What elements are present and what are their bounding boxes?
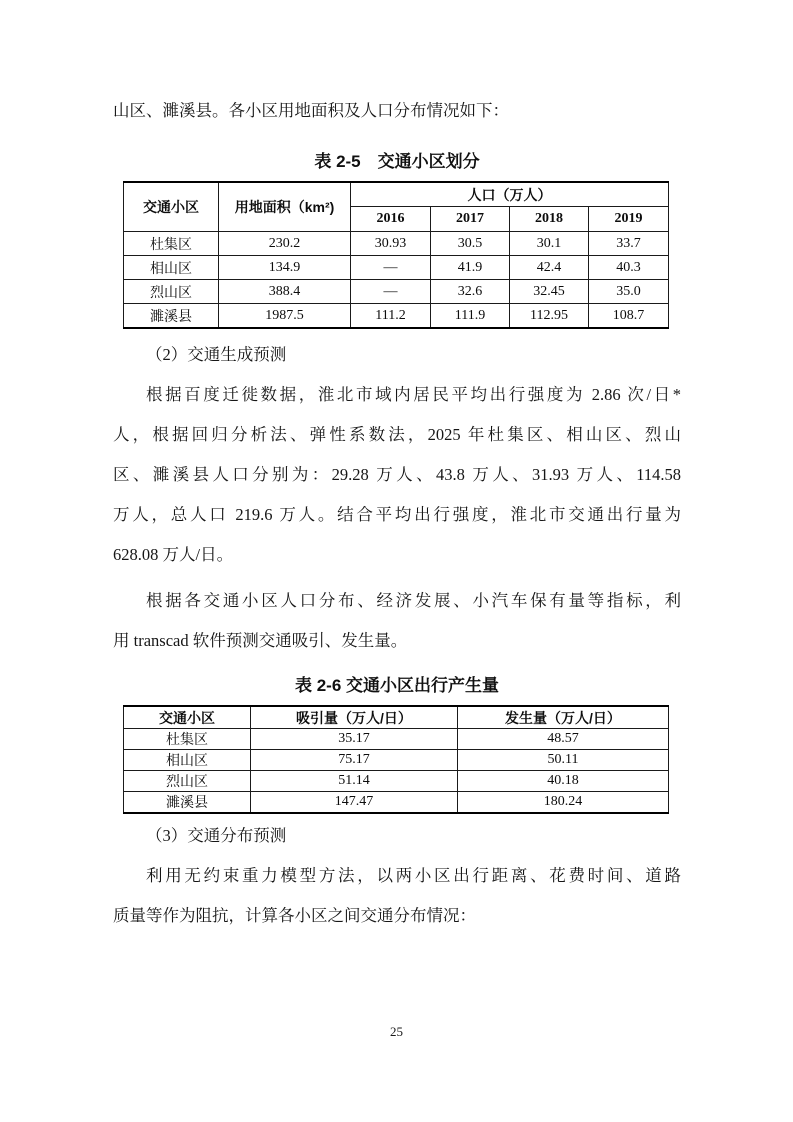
table2-cell-zone: 濉溪县 bbox=[124, 792, 251, 814]
page-number: 25 bbox=[0, 1025, 793, 1039]
table1-cell-pop: 33.7 bbox=[589, 232, 669, 256]
table1-cell-area: 134.9 bbox=[219, 256, 351, 280]
table2-header-generate: 发生量（万人/日） bbox=[458, 706, 669, 729]
page-content: 山区、濉溪县。各小区用地面积及人口分布情况如下： 表 2-5 交通小区划分 交通… bbox=[0, 0, 793, 936]
table2-header-zone: 交通小区 bbox=[124, 706, 251, 729]
document-page: 山区、濉溪县。各小区用地面积及人口分布情况如下： 表 2-5 交通小区划分 交通… bbox=[0, 0, 793, 1122]
table1-cell-zone: 烈山区 bbox=[124, 280, 219, 304]
table2-cell-generate: 50.11 bbox=[458, 750, 669, 771]
table1-cell-zone: 濉溪县 bbox=[124, 304, 219, 329]
table1-cell-area: 1987.5 bbox=[219, 304, 351, 329]
table1-cell-pop: 42.4 bbox=[510, 256, 589, 280]
paragraph-line: 利用无约束重力模型方法，以两小区出行距离、花费时间、道路 bbox=[113, 856, 681, 896]
paragraph-line: 万人，总人口 219.6 万人。结合平均出行强度，淮北市交通出行量为 bbox=[113, 495, 681, 535]
paragraph-line: 根据百度迁徙数据，淮北市域内居民平均出行强度为 2.86 次/日* bbox=[113, 375, 681, 415]
table1-header-year: 2018 bbox=[510, 207, 589, 232]
section2-heading: （2）交通生成预测 bbox=[113, 335, 681, 375]
table1-cell-pop: — bbox=[351, 280, 431, 304]
table1-header-zone: 交通小区 bbox=[124, 182, 219, 232]
table1-cell-pop: 112.95 bbox=[510, 304, 589, 329]
paragraph-line: 人，根据回归分析法、弹性系数法，2025 年杜集区、相山区、烈山 bbox=[113, 415, 681, 455]
table2-row: 杜集区 35.17 48.57 bbox=[124, 729, 669, 750]
table2-caption: 表 2-6 交通小区出行产生量 bbox=[113, 677, 681, 695]
table2-cell-generate: 48.57 bbox=[458, 729, 669, 750]
paragraph-line: 质量等作为阻抗，计算各小区之间交通分布情况： bbox=[113, 896, 681, 936]
table1-cell-pop: 40.3 bbox=[589, 256, 669, 280]
table2-cell-attract: 51.14 bbox=[251, 771, 458, 792]
paragraph-line: 用 transcad 软件预测交通吸引、发生量。 bbox=[113, 621, 681, 661]
table1-caption: 表 2-5 交通小区划分 bbox=[113, 152, 681, 172]
table1-cell-pop: 30.5 bbox=[431, 232, 510, 256]
table2-cell-attract: 147.47 bbox=[251, 792, 458, 814]
table2-cell-zone: 杜集区 bbox=[124, 729, 251, 750]
table1-cell-pop: 41.9 bbox=[431, 256, 510, 280]
table-traffic-zone-division: 交通小区 用地面积（km²) 人口（万人） 2016 2017 2018 201… bbox=[123, 181, 669, 329]
table1-row: 杜集区 230.2 30.93 30.5 30.1 33.7 bbox=[124, 232, 669, 256]
table1-row: 濉溪县 1987.5 111.2 111.9 112.95 108.7 bbox=[124, 304, 669, 329]
section3-heading: （3）交通分布预测 bbox=[113, 816, 681, 856]
table1-header-year: 2016 bbox=[351, 207, 431, 232]
table2-row: 相山区 75.17 50.11 bbox=[124, 750, 669, 771]
table1-cell-pop: 35.0 bbox=[589, 280, 669, 304]
table2-row: 濉溪县 147.47 180.24 bbox=[124, 792, 669, 814]
table1-cell-pop: 111.2 bbox=[351, 304, 431, 329]
table1-cell-pop: 111.9 bbox=[431, 304, 510, 329]
table1-cell-area: 230.2 bbox=[219, 232, 351, 256]
table1-header-population: 人口（万人） bbox=[351, 182, 669, 207]
table1-header-year: 2017 bbox=[431, 207, 510, 232]
table1-row: 烈山区 388.4 — 32.6 32.45 35.0 bbox=[124, 280, 669, 304]
table1-cell-pop: — bbox=[351, 256, 431, 280]
table1-cell-pop: 30.1 bbox=[510, 232, 589, 256]
paragraph-line: 628.08 万人/日。 bbox=[113, 535, 681, 575]
table1-cell-pop: 32.6 bbox=[431, 280, 510, 304]
table1-cell-pop: 32.45 bbox=[510, 280, 589, 304]
table2-cell-generate: 40.18 bbox=[458, 771, 669, 792]
table1-cell-pop: 108.7 bbox=[589, 304, 669, 329]
table2-cell-attract: 35.17 bbox=[251, 729, 458, 750]
table2-row: 烈山区 51.14 40.18 bbox=[124, 771, 669, 792]
paragraph-line: 根据各交通小区人口分布、经济发展、小汽车保有量等指标，利 bbox=[113, 581, 681, 621]
paragraph-line: 区、濉溪县人口分别为：29.28 万人、43.8 万人、31.93 万人、114… bbox=[113, 455, 681, 495]
intro-line: 山区、濉溪县。各小区用地面积及人口分布情况如下： bbox=[113, 101, 681, 121]
table1-header-row-1: 交通小区 用地面积（km²) 人口（万人） bbox=[124, 182, 669, 207]
table2-header-row: 交通小区 吸引量（万人/日） 发生量（万人/日） bbox=[124, 706, 669, 729]
table2-header-attract: 吸引量（万人/日） bbox=[251, 706, 458, 729]
table1-cell-area: 388.4 bbox=[219, 280, 351, 304]
table2-cell-generate: 180.24 bbox=[458, 792, 669, 814]
table1-header-area: 用地面积（km²) bbox=[219, 182, 351, 232]
table1-cell-zone: 杜集区 bbox=[124, 232, 219, 256]
table1-header-year: 2019 bbox=[589, 207, 669, 232]
table2-cell-attract: 75.17 bbox=[251, 750, 458, 771]
table-trip-generation: 交通小区 吸引量（万人/日） 发生量（万人/日） 杜集区 35.17 48.57… bbox=[123, 705, 669, 814]
table2-cell-zone: 相山区 bbox=[124, 750, 251, 771]
table1-row: 相山区 134.9 — 41.9 42.4 40.3 bbox=[124, 256, 669, 280]
table1-cell-pop: 30.93 bbox=[351, 232, 431, 256]
table2-cell-zone: 烈山区 bbox=[124, 771, 251, 792]
table1-cell-zone: 相山区 bbox=[124, 256, 219, 280]
